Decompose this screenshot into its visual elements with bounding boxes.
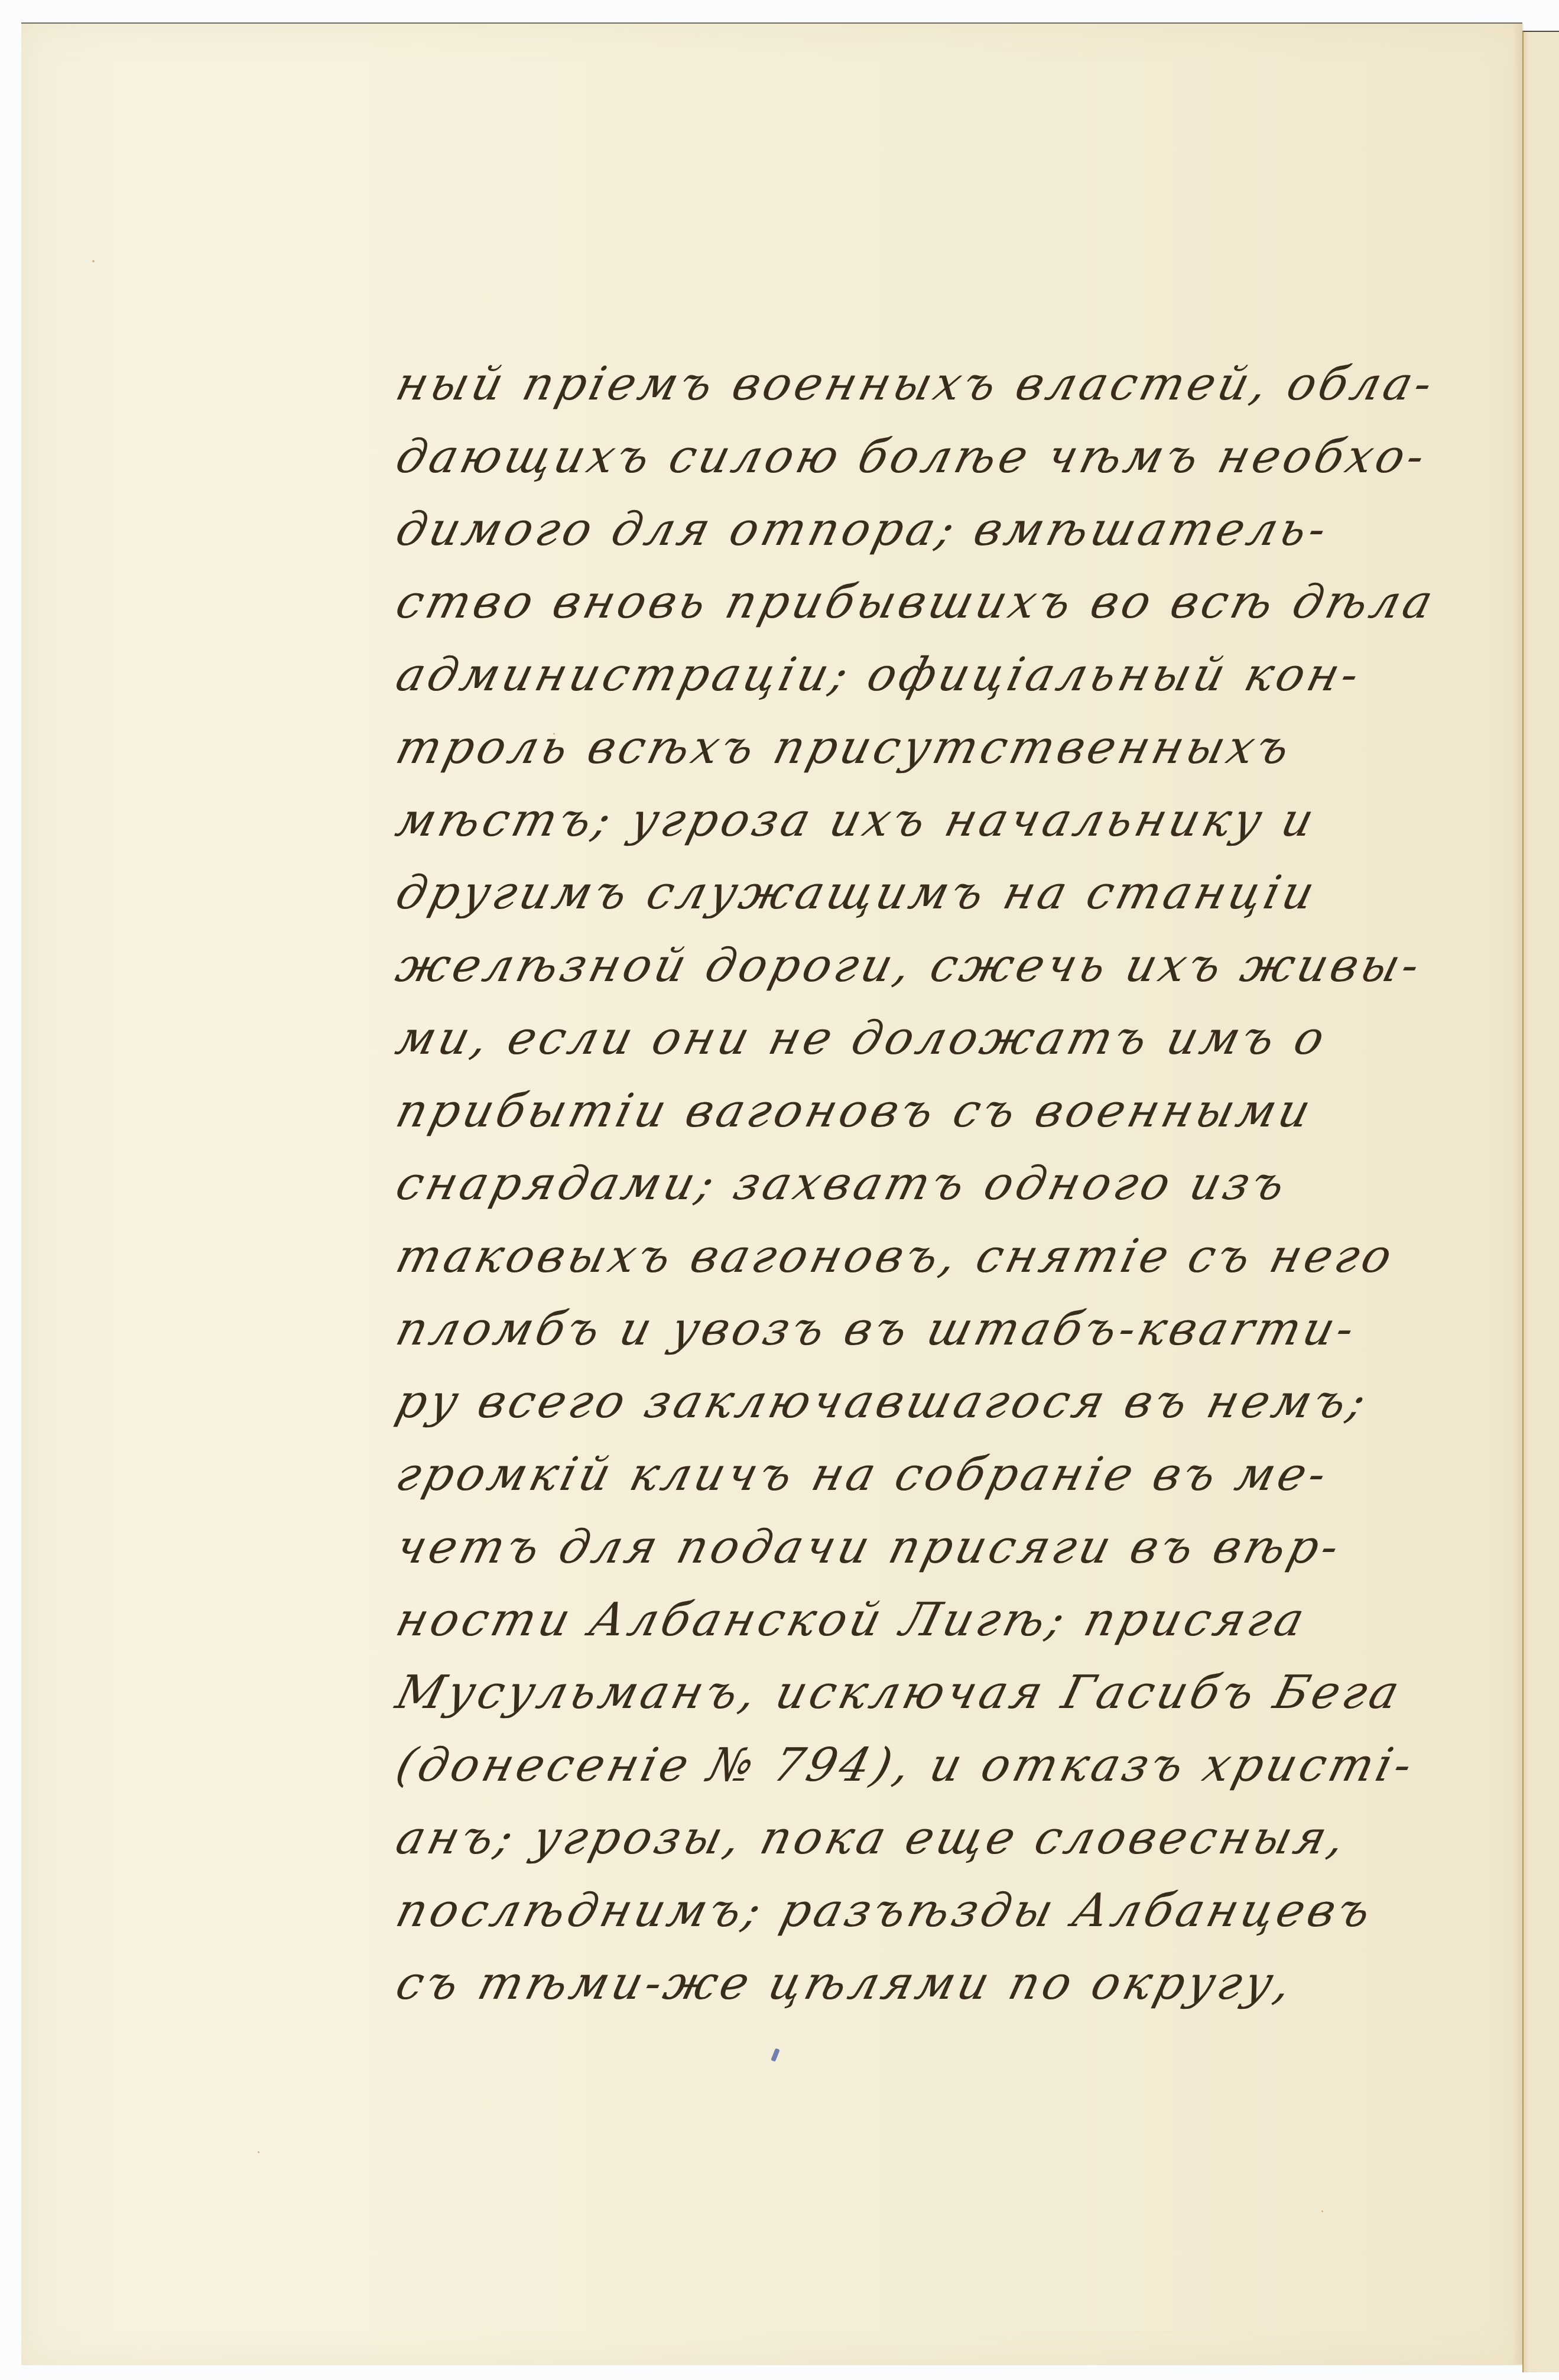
text-line: анъ; угрозы, пока еще словесныя, (390, 1808, 1355, 1868)
text-line: съ тѣми-же цѣлями по округу, (390, 1954, 1301, 2013)
text-line: (донесеніе № 794), и отказъ христі- (390, 1736, 1421, 1795)
text-line: администраціи; офиціальный кон- (390, 645, 1369, 704)
text-line: дающихъ силою болѣе чѣмъ необхо- (390, 427, 1434, 486)
paper-speck (258, 2151, 259, 2153)
paper-speck (92, 260, 95, 262)
text-line: желѣзной дороги, сжечь ихъ живы- (390, 936, 1429, 995)
text-line: пломбъ и увозъ въ штабъ-квarти- (390, 1300, 1364, 1359)
text-line: Мусульманъ, исключая Гасибъ Бега (390, 1663, 1408, 1722)
page-fold (1513, 24, 1524, 2364)
text-line: другимъ служащимъ на станціи (390, 863, 1324, 923)
text-line: послѣднимъ; разъѣзды Албанцевъ (390, 1881, 1380, 1940)
paper-speck (1321, 2210, 1323, 2212)
text-line: громкій кличъ на собраніе въ ме- (390, 1445, 1336, 1504)
text-line: ру всего заключавшагося въ немъ; (390, 1372, 1375, 1431)
text-line: снарядами; захватъ одного изъ (390, 1154, 1294, 1213)
text-line: мѣстъ; угроза ихъ начальнику и (390, 791, 1323, 850)
text-line: троль всѣхъ присутственныхъ (390, 718, 1299, 777)
text-line: ности Албанской Лигѣ; присяга (390, 1590, 1314, 1650)
text-line: ство вновь прибывшихъ во всѣ дѣла (390, 573, 1442, 632)
text-line: таковыхъ вагоновъ, снятіе съ него (390, 1227, 1401, 1286)
text-line: димого для отпора; вмѣшатель- (390, 500, 1336, 559)
underlying-page-edge (1522, 31, 1559, 2372)
text-line: ный пріемъ военныхъ властей, обла- (390, 355, 1441, 414)
text-line: четъ для подачи присяги въ вѣр- (390, 1518, 1348, 1577)
text-line: ми, если они не доложатъ имъ о (390, 1009, 1334, 1068)
text-line: прибытіи вагоновъ съ военными (390, 1082, 1320, 1141)
